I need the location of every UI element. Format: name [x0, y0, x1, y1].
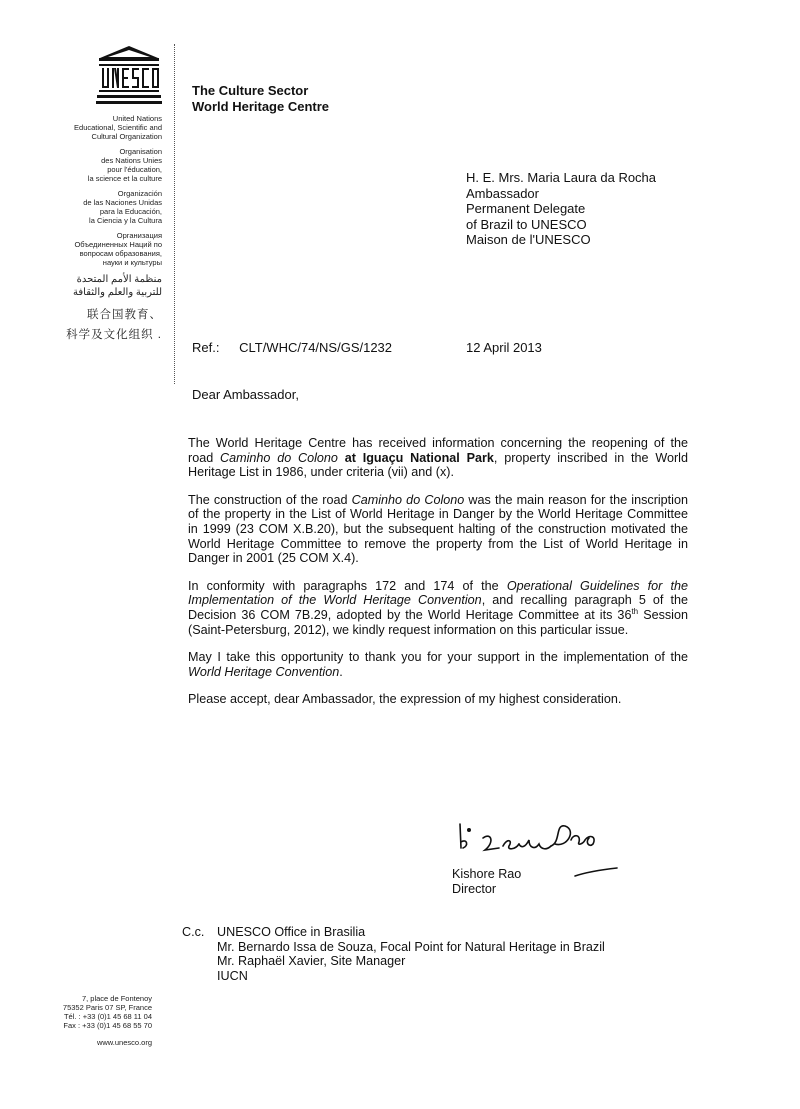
signatory-name: Kishore Rao [452, 867, 521, 882]
sector-name: The Culture Sector [192, 83, 329, 99]
footer-address: 7, place de Fontenoy 75352 Paris 07 SP, … [30, 994, 152, 1047]
reference-number: Ref.: CLT/WHC/74/NS/GS/1232 [192, 340, 392, 355]
letter-date: 12 April 2013 [466, 340, 542, 355]
org-name-russian: Организация Объединенных Наций по вопрос… [40, 231, 162, 267]
letterhead-divider [174, 44, 175, 384]
paragraph-1: The World Heritage Centre has received i… [188, 436, 688, 480]
org-name-chinese: 联合国教育、 科学及文化组织 . [40, 305, 162, 345]
org-name-french: Organisation des Nations Unies pour l'éd… [40, 147, 162, 183]
centre-name: World Heritage Centre [192, 99, 329, 115]
letter-page: United Nations Educational, Scientific a… [0, 0, 800, 1109]
org-name-english: United Nations Educational, Scientific a… [40, 114, 162, 141]
reference-value: CLT/WHC/74/NS/GS/1232 [239, 340, 392, 355]
sector-heading: The Culture Sector World Heritage Centre [192, 83, 329, 115]
paragraph-4: May I take this opportunity to thank you… [188, 650, 688, 679]
org-name-spanish: Organización de las Naciones Unidas para… [40, 189, 162, 225]
website-link[interactable]: www.unesco.org [30, 1038, 152, 1047]
paragraph-2: The construction of the road Caminho do … [188, 493, 688, 566]
recipient-address: H. E. Mrs. Maria Laura da Rocha Ambassad… [466, 170, 656, 248]
cc-recipient: IUCN [217, 969, 605, 984]
org-name-arabic: منظمة الأمم المتحدة للتربية والعلم والثق… [40, 273, 162, 299]
closing-paragraph: Please accept, dear Ambassador, the expr… [188, 692, 688, 707]
organization-names: United Nations Educational, Scientific a… [40, 114, 162, 351]
salutation: Dear Ambassador, [192, 387, 299, 402]
paragraph-3: In conformity with paragraphs 172 and 17… [188, 579, 688, 637]
cc-recipients: UNESCO Office in Brasilia Mr. Bernardo I… [217, 925, 605, 983]
cc-recipient: Mr. Raphaël Xavier, Site Manager [217, 954, 605, 969]
unesco-logo-icon [96, 44, 162, 106]
letter-body: The World Heritage Centre has received i… [188, 436, 688, 720]
signatory: Kishore Rao Director [452, 867, 521, 896]
reference-label: Ref.: [192, 340, 219, 355]
cc-label: C.c. [182, 925, 204, 940]
cc-recipient: UNESCO Office in Brasilia [217, 925, 605, 940]
signatory-title: Director [452, 882, 521, 897]
cc-recipient: Mr. Bernardo Issa de Souza, Focal Point … [217, 940, 605, 955]
